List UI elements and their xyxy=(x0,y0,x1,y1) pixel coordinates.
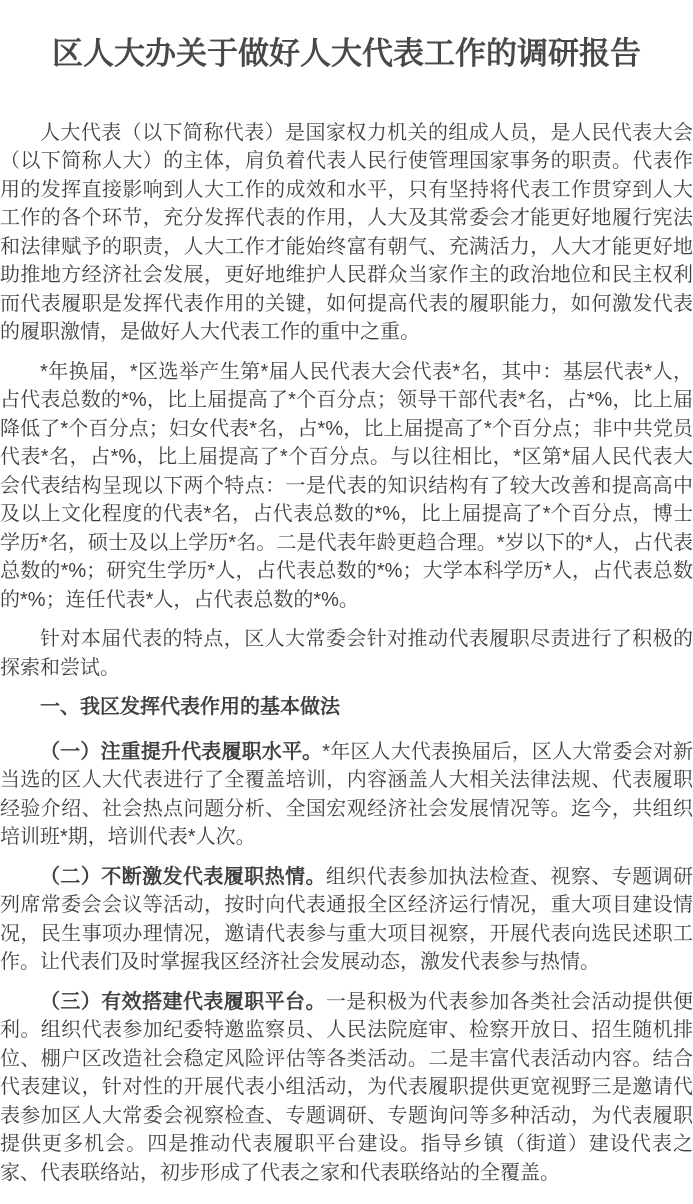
paragraph-item-3-text: 一是积极为代表参加各类社会活动提供便利。组织代表参加纪委特邀监察员、人民法院庭审… xyxy=(0,991,693,1184)
paragraph-intro: 人大代表（以下简称代表）是国家权力机关的组成人员，是人民代表大会（以下简称人大）… xyxy=(0,119,693,347)
document-title: 区人大办关于做好人大代表工作的调研报告 xyxy=(0,36,693,72)
paragraph-item-3-lead: （三）有效搭建代表履职平台。 xyxy=(40,991,326,1013)
paragraph-transition: 针对本届代表的特点，区人大常委会针对推动代表履职尽责进行了积极的探索和尝试。 xyxy=(0,625,693,682)
paragraph-item-3: （三）有效搭建代表履职平台。一是积极为代表参加各类社会活动提供便利。组织代表参加… xyxy=(0,988,693,1188)
paragraph-item-2: （二）不断激发代表履职热情。组织代表参加执法检查、视察、专题调研列席常委会会议等… xyxy=(0,863,693,977)
paragraph-item-2-lead: （二）不断激发代表履职热情。 xyxy=(40,866,326,888)
document-page: 区人大办关于做好人大代表工作的调研报告 人大代表（以下简称代表）是国家权力机关的… xyxy=(0,0,693,1204)
section-heading-basic-practices: 一、我区发挥代表作用的基本做法 xyxy=(0,693,693,722)
paragraph-item-1-lead: （一）注重提升代表履职水平。 xyxy=(40,741,322,763)
paragraph-item-1: （一）注重提升代表履职水平。*年区人大代表换届后，区人大常委会对新当选的区人大代… xyxy=(0,738,693,852)
paragraph-election-statistics: *年换届，*区选举产生第*届人民代表大会代表*名，其中：基层代表*人，占代表总数… xyxy=(0,358,693,615)
